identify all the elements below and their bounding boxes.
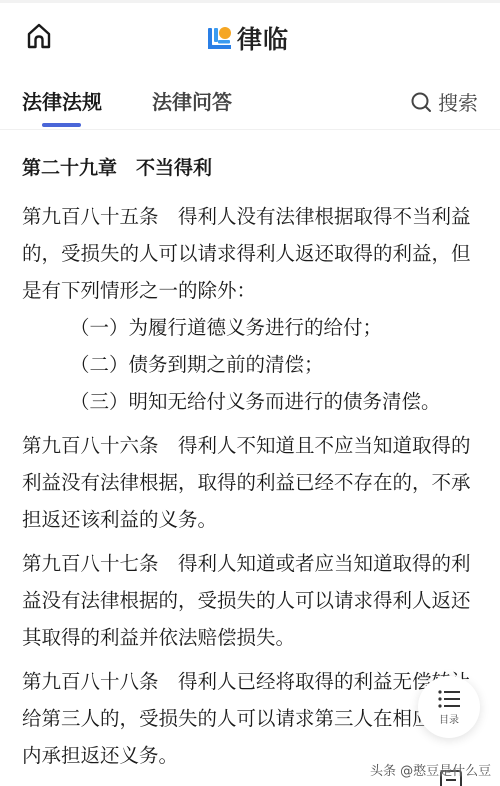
list-icon [437, 689, 461, 709]
logo-icon [207, 25, 233, 51]
search-button[interactable]: 搜索 [410, 87, 478, 116]
tab-laws[interactable]: 法律法规 [22, 86, 102, 115]
article-text: 第九百八十七条 得利人知道或者应当知道取得的利益没有法律根据的，受损失的人可以请… [22, 545, 482, 656]
toc-label: 目录 [439, 711, 459, 726]
tab-qa[interactable]: 法律问答 [152, 86, 232, 115]
article-item: （一）为履行道德义务进行的给付； [22, 309, 482, 346]
brand-logo: 律临 [207, 20, 289, 56]
article-987: 第九百八十七条 得利人知道或者应当知道取得的利益没有法律根据的，受损失的人可以请… [22, 545, 482, 656]
home-button[interactable] [24, 21, 54, 51]
article-985: 第九百八十五条 得利人没有法律根据取得不当利益的，受损失的人可以请求得利人返还取… [22, 198, 482, 420]
table-of-contents-button[interactable]: 目录 [418, 676, 480, 738]
search-label: 搜索 [438, 87, 478, 116]
article-item: （三）明知无给付义务而进行的债务清偿。 [22, 383, 482, 420]
article-988: 第九百八十八条 得利人已经将取得的利益无偿转让给第三人的，受损失的人可以请求第三… [22, 663, 482, 774]
brand-name: 律临 [237, 20, 289, 56]
tab-bar: 法律法规 法律问答 搜索 [0, 78, 500, 130]
home-icon [25, 22, 53, 50]
article-text: 第九百八十六条 得利人不知道且不应当知道取得的利益没有法律根据，取得的利益已经不… [22, 427, 482, 538]
article-text: 第九百八十八条 得利人已经将取得的利益无偿转让给第三人的，受损失的人可以请求第三… [22, 663, 482, 774]
watermark: 头条 @憨豆是什么豆 [370, 760, 491, 779]
app-header: 律临 [0, 3, 500, 65]
chapter-title: 第二十九章 不当得利 [22, 150, 482, 186]
search-icon [410, 91, 432, 113]
article-text: 第九百八十五条 得利人没有法律根据取得不当利益的，受损失的人可以请求得利人返还取… [22, 198, 482, 309]
law-content: 第二十九章 不当得利 第九百八十五条 得利人没有法律根据取得不当利益的，受损失的… [22, 150, 482, 774]
active-tab-indicator [42, 123, 81, 127]
article-item: （二）债务到期之前的清偿； [22, 346, 482, 383]
article-986: 第九百八十六条 得利人不知道且不应当知道取得的利益没有法律根据，取得的利益已经不… [22, 427, 482, 538]
